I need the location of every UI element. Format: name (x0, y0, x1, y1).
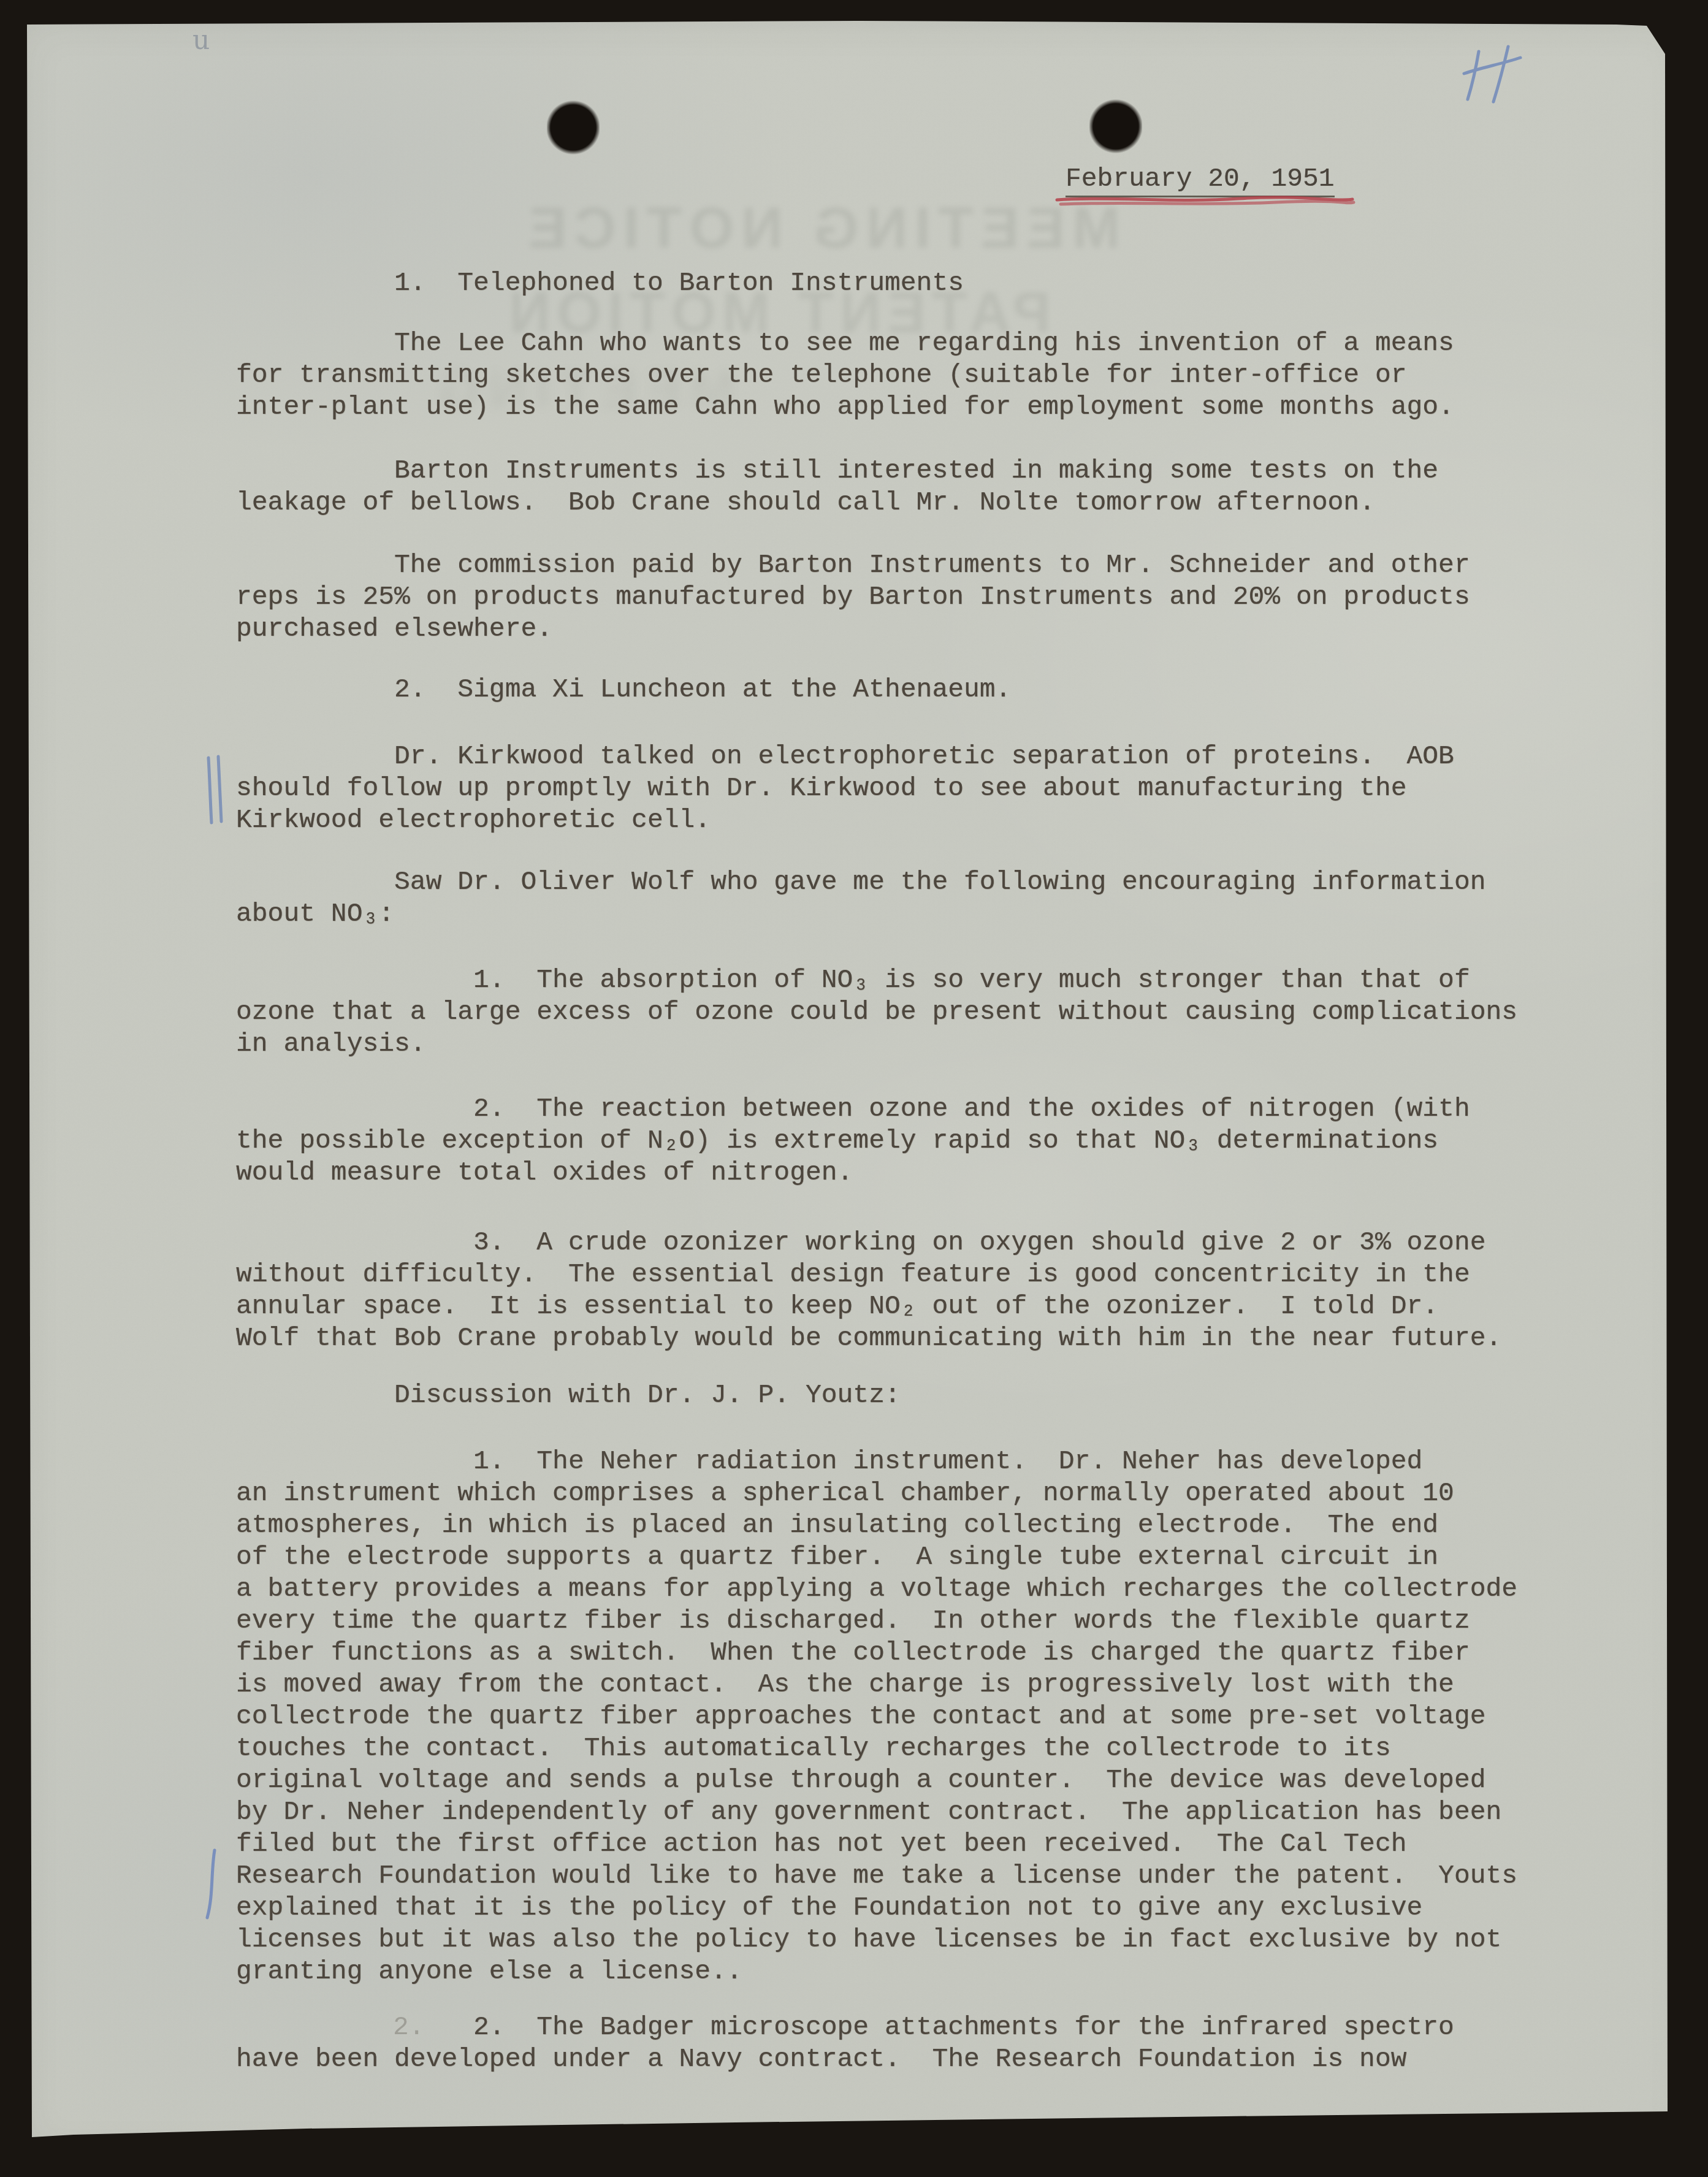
pencil-mark-topleft: u (193, 25, 210, 56)
item-crude-ozonizer: 3. A crude ozonizer working on oxygen sh… (236, 1227, 1501, 1354)
date-text: February 20, 1951 (1066, 164, 1335, 197)
para-kirkwood: Dr. Kirkwood talked on electrophoretic s… (236, 741, 1454, 836)
blue-margin-mark-foundation (200, 1848, 227, 1921)
date-line: February 20, 1951 (1066, 164, 1335, 197)
para-neher-instrument: 1. The Neher radiation instrument. Dr. N… (236, 1446, 1517, 1988)
blue-margin-mark-kirkwood (202, 754, 229, 828)
section-1-heading: 1. Telephoned to Barton Instruments (236, 267, 964, 299)
para-oliver-wolf-intro: Saw Dr. Oliver Wolf who gave me the foll… (236, 866, 1486, 930)
hole-punch-left (547, 101, 600, 154)
red-pencil-underline (1054, 194, 1356, 210)
erased-item-number: 2. (393, 2011, 425, 2043)
para-bellows-tests: Barton Instruments is still interested i… (236, 455, 1438, 519)
item-no3-absorption: 1. The absorption of NO₃ is so very much… (236, 964, 1517, 1060)
hole-punch-right (1089, 99, 1142, 153)
para-commission: The commission paid by Barton Instrument… (236, 549, 1470, 645)
heading-discussion-youtz: Discussion with Dr. J. P. Youtz: (236, 1379, 901, 1411)
para-lee-cahn: The Lee Cahn who wants to see me regardi… (236, 327, 1454, 423)
blue-pencil-scribble-topright (1458, 42, 1525, 109)
scanned-memo-page: { "scan": { "background_color": "#191511… (0, 0, 1708, 2177)
section-2-heading: 2. Sigma Xi Luncheon at the Athenaeum. (236, 674, 1011, 706)
item-ozone-reaction: 2. The reaction between ozone and the ox… (236, 1093, 1470, 1189)
